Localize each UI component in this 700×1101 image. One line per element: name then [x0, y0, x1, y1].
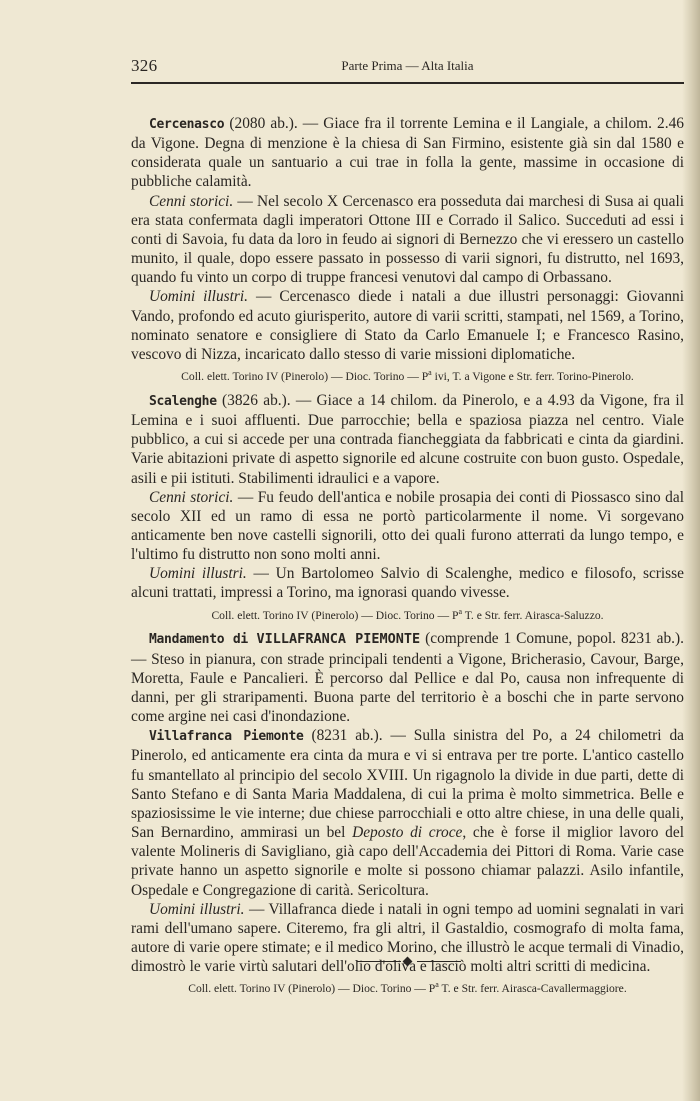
- cercenasco-history: Cenni storici. — Nel secolo X Cercenasco…: [131, 192, 684, 288]
- entry-title: Scalenghe: [149, 394, 217, 409]
- cercenasco-people: Uomini illustri. — Cercenasco diede i na…: [131, 287, 684, 364]
- subsection-label: Uomini illustri.: [149, 288, 248, 305]
- subsection-label: Cenni storici.: [149, 193, 233, 210]
- page-gutter-shadow: [682, 0, 700, 1101]
- cercenasco-intro: Cercenasco (2080 ab.). — Giace fra il to…: [131, 114, 684, 192]
- cercenasco-admin-note: Coll. elett. Torino IV (Pinerolo) — Dioc…: [131, 365, 684, 384]
- end-ornament: [357, 957, 461, 967]
- book-page: 326 Parte Prima — Alta Italia Cercenasco…: [131, 56, 684, 1003]
- subsection-label: Uomini illustri.: [149, 565, 247, 582]
- villafranca-intro: Villafranca Piemonte (8231 ab.). — Sulla…: [131, 726, 684, 899]
- subsection-label: Uomini illustri.: [149, 901, 245, 918]
- scalenghe-people: Uomini illustri. — Un Bartolomeo Salvio …: [131, 564, 684, 602]
- diamond-ornament-icon: [403, 957, 413, 967]
- artwork-title: Deposto di croce: [352, 824, 462, 841]
- page-body: Cercenasco (2080 ab.). — Giace fra il to…: [131, 114, 684, 996]
- scalenghe-admin-note: Coll. elett. Torino IV (Pinerolo) — Dioc…: [131, 604, 684, 623]
- running-head: Parte Prima — Alta Italia: [131, 58, 684, 74]
- scalenghe-intro: Scalenghe (3826 ab.). — Giace a 14 chilo…: [131, 391, 684, 488]
- entry-title: Villafranca Piemonte: [149, 729, 304, 744]
- scalenghe-history: Cenni storici. — Fu feudo dell'antica e …: [131, 488, 684, 565]
- header-rule: [131, 82, 684, 84]
- mandamento-intro: Mandamento di VILLAFRANCA PIEMONTE (comp…: [131, 629, 684, 726]
- page-header: 326 Parte Prima — Alta Italia: [131, 56, 684, 76]
- villafranca-admin-note: Coll. elett. Torino IV (Pinerolo) — Dioc…: [131, 977, 684, 996]
- entry-title: Cercenasco: [149, 117, 224, 132]
- subsection-label: Cenni storici.: [149, 489, 233, 506]
- entry-title: VILLAFRANCA PIEMONTE: [257, 631, 421, 647]
